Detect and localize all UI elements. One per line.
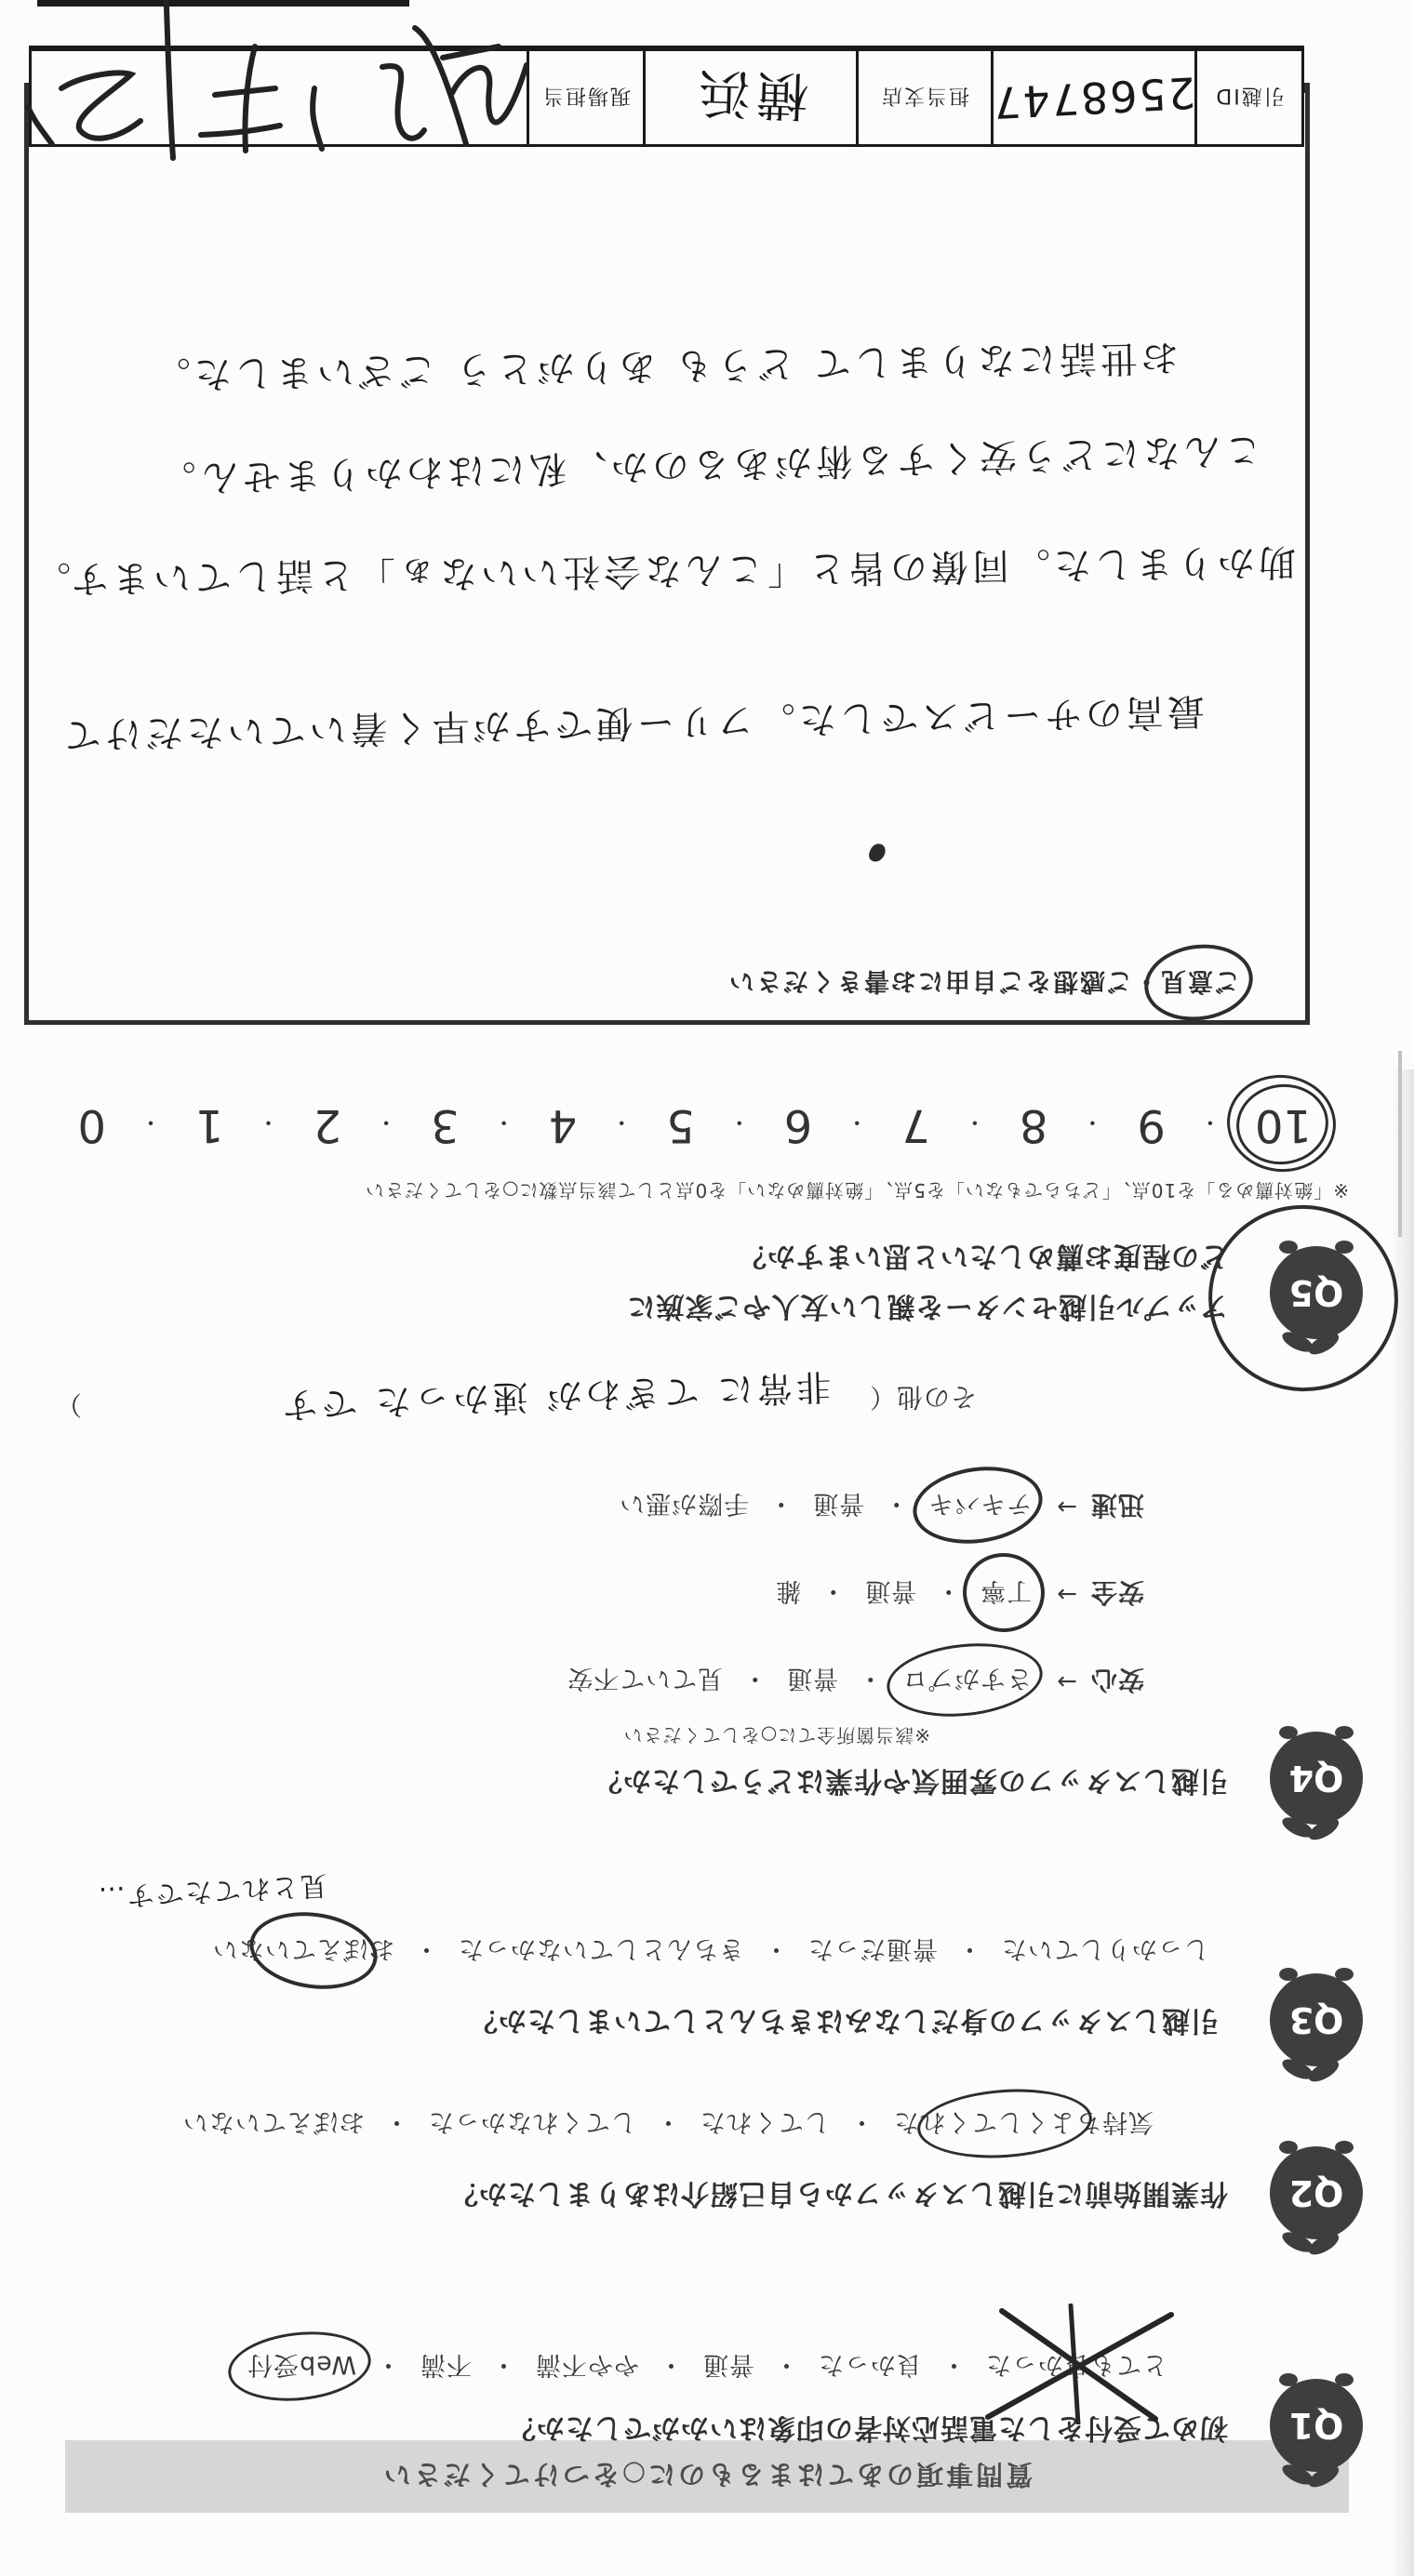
scale-1: 1: [195, 1099, 224, 1151]
scale-5: 5: [666, 1099, 695, 1151]
q3-handwritten-note: 見とれてたです…: [96, 1868, 328, 1919]
option-separator: ・: [883, 1489, 909, 1525]
scale-8: 8: [1020, 1099, 1048, 1151]
q4-badge: Q4: [1270, 1732, 1363, 1825]
q3-question: 引越しスタッフの身だしなみはきちんとしていましたか？: [469, 2003, 1219, 2044]
option-separator: ・: [848, 2106, 874, 2143]
q3-option-kichintoshitenakatta: きちんとしていなかった: [458, 1933, 744, 1970]
ink-blot: [867, 842, 887, 864]
comment-line-4: お世話になりまして どうも ありがとう ございました。: [149, 333, 1179, 404]
comment-box: ご意見 ・ご感想をご自由にお書きください 最高のサービスでした。フリー便ですが早…: [24, 83, 1310, 1025]
q5-question-line2: どの程度お薦めしたいと思いますか？: [738, 1239, 1228, 1280]
q4-note: ※該当箇所全てに○をしてください: [623, 1723, 930, 1750]
scan-edge-shading: [1392, 1069, 1414, 2576]
q4-row-anzen: 安全 → 丁寧 ・ 普通 ・ 雑: [775, 1575, 1144, 1613]
q1-option-web-uketsuke: Web受付: [247, 2349, 356, 2385]
staff-signature-cell: [32, 51, 529, 144]
q2-badge-label: Q2: [1289, 2172, 1344, 2213]
option-separator: ・: [767, 1489, 794, 1525]
option-separator: ・: [773, 2349, 799, 2385]
q4-badge-label: Q4: [1289, 1758, 1344, 1799]
scale-6: 6: [784, 1099, 813, 1151]
scale-separator: ・: [728, 1109, 751, 1142]
mascot-foot-icon: [1335, 1968, 1354, 1981]
q4-option-zatsu: 雑: [775, 1576, 801, 1613]
option-separator: ・: [935, 1576, 961, 1613]
arrow-right-icon: →: [1056, 1493, 1077, 1520]
option-separator: ・: [857, 1664, 883, 1700]
scale-separator: ・: [610, 1109, 633, 1142]
q4-option-tekipaki: テキパキ: [927, 1489, 1032, 1525]
q1-option-yokatta: 良かった: [818, 2349, 922, 2385]
q1-option-fuman: 不満: [420, 2349, 472, 2385]
move-id-value-cell: 2568747: [994, 51, 1197, 144]
branch-label-cell: 担当支店: [859, 51, 994, 144]
option-separator: ・: [956, 1933, 982, 1970]
q4-question: 引越しスタッフの雰囲気や作業はどうでしたか？: [594, 1763, 1228, 1804]
comment-caption-rest: ・ご感想をご自由にお書きください: [727, 966, 1159, 995]
arrow-right-icon: →: [1056, 1667, 1077, 1695]
q2-options: 気持ちよくしてくれた ・ してくれた ・ してくれなかった ・ おぼえていない: [182, 2106, 1154, 2143]
scale-0: 0: [77, 1099, 106, 1151]
q4-other-close-paren: ）: [56, 1388, 82, 1425]
footer-info-table: 引越ID 2568747 担当支店 横浜 現場担当: [29, 46, 1304, 147]
scale-9: 9: [1137, 1099, 1166, 1151]
staff-signature-handwriting: [0, 0, 554, 177]
scale-separator: ・: [846, 1109, 868, 1142]
comment-caption: ご意見 ・ご感想をご自由にお書きください: [727, 965, 1240, 1002]
scale-separator: ・: [964, 1109, 986, 1142]
q3-badge: Q3: [1270, 1973, 1363, 2066]
q4-row-label-anshin: 安心: [1090, 1663, 1144, 1700]
q4-option-teinei: 丁寧: [980, 1576, 1032, 1613]
scale-4: 4: [549, 1099, 578, 1151]
q2-question: 作業開始前に引越しスタッフから自己紹介はありましたか？: [449, 2176, 1228, 2217]
scale-separator: ・: [493, 1109, 515, 1142]
q5-badge-label: Q5: [1289, 1272, 1344, 1313]
q4-row-label-anzen: 安全: [1090, 1575, 1144, 1613]
q4-row-label-jinsoku: 迅速: [1090, 1488, 1144, 1525]
option-separator: ・: [375, 2349, 401, 2385]
q3-badge-label: Q3: [1289, 1999, 1344, 2040]
q4-option-sasugapro: さすがプロ: [901, 1664, 1032, 1700]
q4-row-anshin: 安心 → さすがプロ ・ 普通 ・ 見ていて不安: [567, 1663, 1144, 1700]
q4-other-label: その他（: [869, 1381, 977, 1418]
mascot-foot-icon: [1335, 2141, 1354, 2154]
move-id-label-cell: 引越ID: [1197, 51, 1301, 144]
option-separator: ・: [763, 1933, 789, 1970]
q2-option-oboeteinai: おぼえていない: [182, 2106, 365, 2143]
q1-question: 初めて受付をした電話応対者の印象はいかがでしたか？: [507, 2410, 1228, 2451]
q4-option-futsuu-2: 普通: [864, 1576, 916, 1613]
q4-option-futsuu-1: 普通: [786, 1664, 838, 1700]
option-separator: ・: [413, 1933, 439, 1970]
scale-separator: ・: [140, 1109, 162, 1142]
arrow-right-icon: →: [1056, 1580, 1077, 1608]
mascot-foot-icon: [1335, 2373, 1354, 2386]
q4-option-futsuu-3: 普通: [812, 1489, 864, 1525]
scale-3: 3: [431, 1099, 460, 1151]
option-separator: ・: [490, 2349, 516, 2385]
q5-badge-wrap: Q5: [1270, 1246, 1363, 1339]
scale-separator: ・: [1199, 1109, 1221, 1142]
scan-edge-line: [1398, 1051, 1402, 1237]
q1-badge-label: Q1: [1289, 2405, 1344, 2446]
option-separator: ・: [658, 2349, 684, 2385]
q3-option-oboeteinai: おぼえていない: [212, 1933, 394, 1970]
q2-option-shitekureta: してくれた: [700, 2106, 830, 2143]
scale-separator: ・: [375, 1109, 397, 1142]
mascot-foot-icon: [1279, 1726, 1298, 1739]
scanned-survey-sheet-upside-down: 質問事項のあてはまるものに○をつけてください Q1 初めて受付をした電話応対者の…: [0, 0, 1414, 2576]
instruction-banner-text: 質問事項のあてはまるものに○をつけてください: [381, 2458, 1033, 2496]
q2-option-shitekurenakatta: してくれなかった: [428, 2106, 636, 2143]
branch-handwritten-value: 横浜: [692, 59, 810, 137]
comment-line-3: こんなにどう安くする術があるのか、私にはわかりません。: [154, 426, 1262, 508]
option-separator: ・: [820, 1576, 846, 1613]
scale-separator: ・: [1081, 1109, 1103, 1142]
q5-badge: Q5: [1270, 1246, 1363, 1339]
move-id-handwritten-value: 2568747: [991, 67, 1196, 127]
q3-option-futsuudatta: 普通だった: [807, 1933, 938, 1970]
q4-option-tegiwagawarui: 手際が悪い: [619, 1489, 749, 1525]
q4-row-sonota: その他（ 非常に てぎわが 速かった です: [279, 1374, 977, 1425]
staff-label: 現場担当: [541, 84, 631, 113]
option-separator: ・: [655, 2106, 681, 2143]
branch-value-cell: 横浜: [646, 51, 859, 144]
option-separator: ・: [383, 2106, 409, 2143]
comment-line-1: 最高のサービスでした。フリー便ですが早く着いていただけて: [60, 687, 1205, 764]
q1-option-futsuu: 普通: [702, 2349, 754, 2385]
mascot-foot-icon: [1335, 1241, 1354, 1254]
mascot-foot-icon: [1335, 1726, 1354, 1739]
q3-options: しっかりしていた ・ 普通だった ・ きちんとしていなかった ・ おぼえていない: [212, 1933, 1209, 1970]
q4-option-fuan: 見ていて不安: [567, 1664, 723, 1700]
q5-note: ※「絶対薦める」を10点、「どちらでもない」を5点、「絶対薦めない」を0点として…: [365, 1178, 1349, 1205]
scale-10: 10: [1255, 1099, 1312, 1151]
mascot-foot-icon: [1279, 1241, 1298, 1254]
q4-other-handwritten: 非常に てぎわが 速かった です: [278, 1364, 833, 1435]
scale-separator: ・: [258, 1109, 280, 1142]
mascot-foot-icon: [1279, 1968, 1298, 1981]
q5-question-line1: アップル引越センターを親しい友人やご家族に: [627, 1289, 1229, 1330]
option-separator: ・: [741, 1664, 767, 1700]
q1-options: とても良かった ・ 良かった ・ 普通 ・ やや不満 ・ 不満 ・ Web受付: [247, 2349, 1167, 2385]
q3-option-shikkari: しっかりしていた: [1001, 1933, 1209, 1970]
comment-caption-circled-word: ご意見: [1159, 965, 1240, 1002]
q2-badge: Q2: [1270, 2146, 1363, 2239]
move-id-label: 引越ID: [1214, 84, 1284, 113]
scale-2: 2: [313, 1099, 342, 1151]
q1-option-totemoyokatta: とても良かった: [985, 2349, 1167, 2385]
q5-rating-scale: 10 ・ 9 ・ 8 ・ 7 ・ 6 ・ 5 ・ 4 ・ 3 ・ 2 ・ 1 ・…: [77, 1099, 1312, 1151]
q4-row-jinsoku: 迅速 → テキパキ ・ 普通 ・ 手際が悪い: [619, 1488, 1144, 1525]
option-separator: ・: [940, 2349, 967, 2385]
mascot-foot-icon: [1279, 2373, 1298, 2386]
q1-option-yayafuman: やや不満: [535, 2349, 639, 2385]
scale-7: 7: [901, 1099, 930, 1151]
comment-line-2: 助かりました。同僚の皆と「こんな会社いいなぁ」と話しています。: [30, 538, 1296, 609]
q2-option-kimochiyoku: 気持ちよくしてくれた: [893, 2106, 1154, 2143]
mascot-foot-icon: [1279, 2141, 1298, 2154]
branch-label: 担当支店: [880, 84, 969, 113]
q1-badge: Q1: [1270, 2379, 1363, 2472]
